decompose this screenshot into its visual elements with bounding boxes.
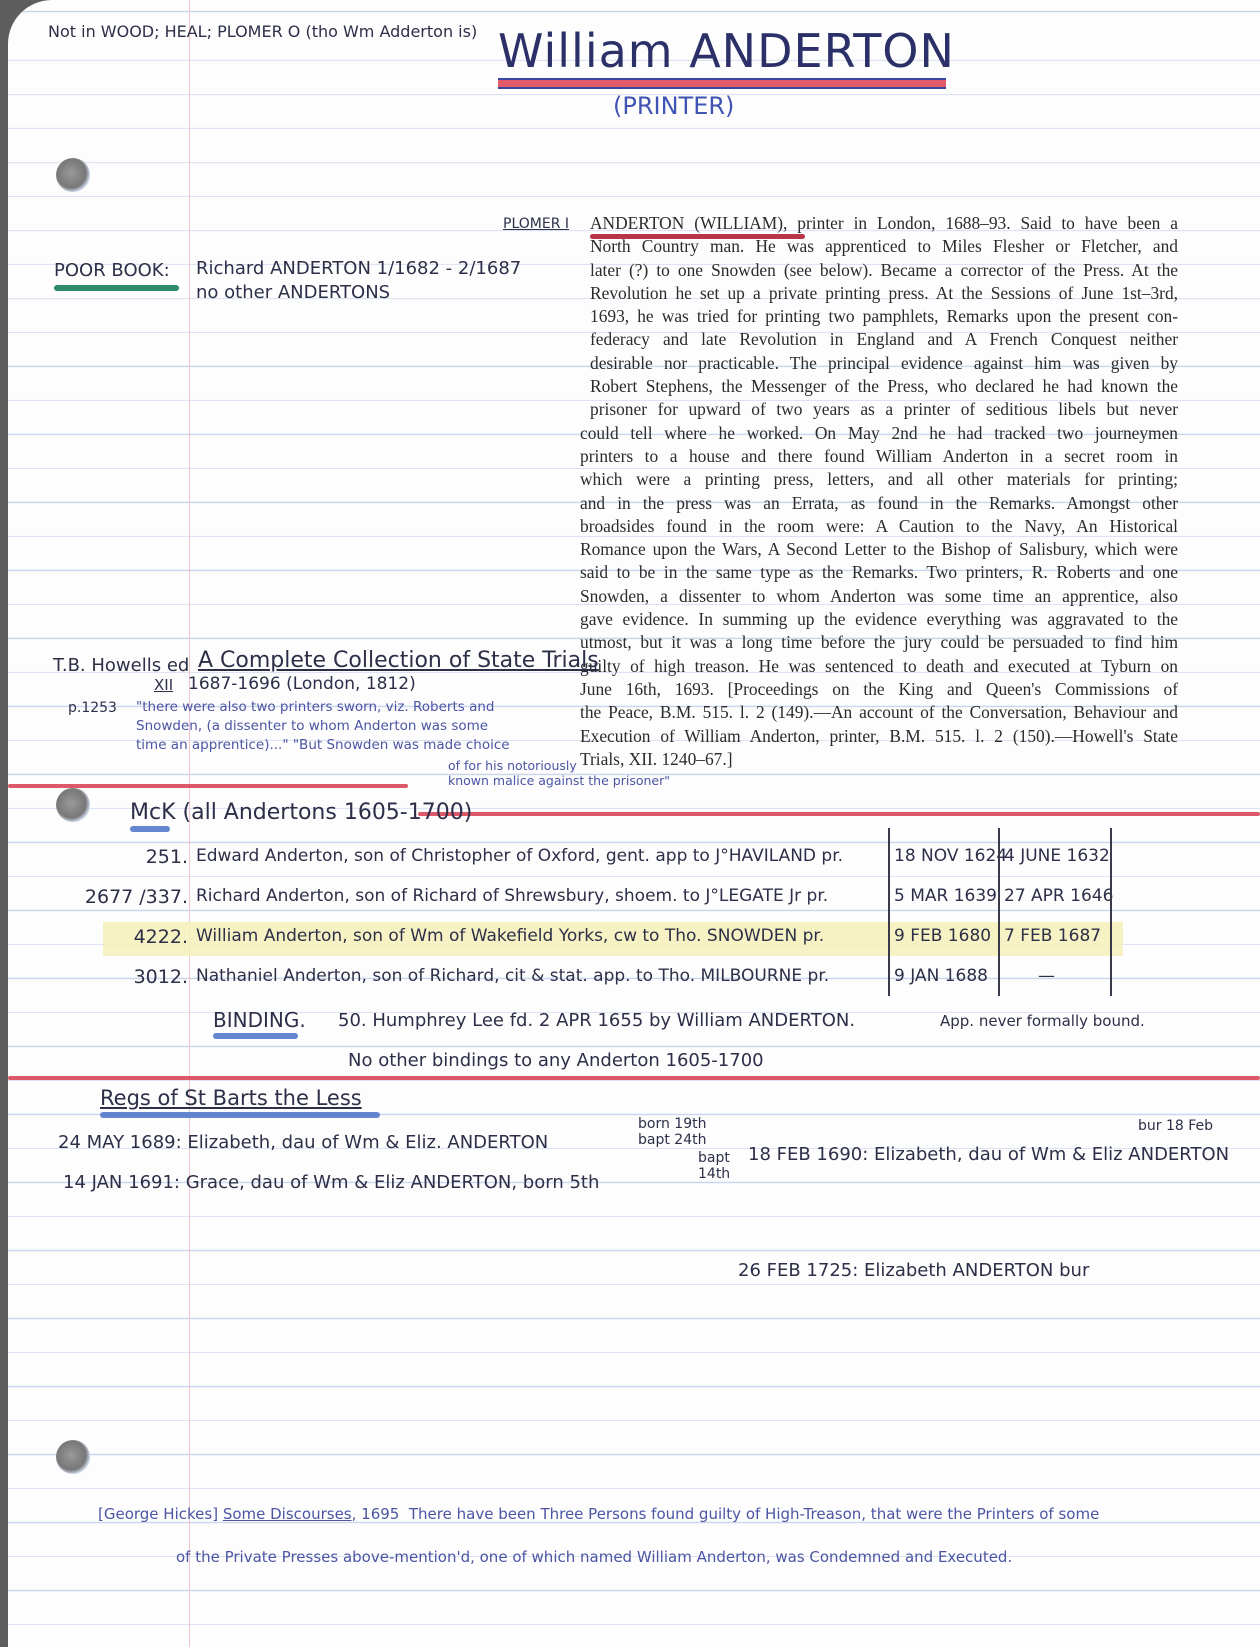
binder-hole [56,158,90,192]
plomer-line: June 16th, 1693. [Proceedings on the Kin… [580,678,1178,701]
plomer-source-text: PLOMER I [503,216,569,232]
entry-date-freed: 4 JUNE 1632 [1004,846,1110,866]
entry-date-bound: 5 MAR 1639 [894,886,997,906]
plomer-line: Revolution he set up a private printing … [590,282,1178,305]
entry-date-freed: 7 FEB 1687 [1004,926,1101,946]
entry-number: 4222. [68,926,188,948]
poor-book-line1: Richard ANDERTON 1/1682 - 2/1687 [196,258,521,279]
plomer-entry: ANDERTON (WILLIAM), printer in London, 1… [590,212,1178,771]
register-note-block: born 19thbapt 24th [638,1116,706,1148]
plomer-line: Robert Stephens, the Messenger of the Pr… [590,375,1178,398]
howell-quote-line: Snowden, (a dissenter to whom Anderton w… [136,717,510,736]
howell-quote: "there were also two printers sworn, viz… [136,698,510,755]
howell-quote-line: of for his notoriously [448,758,670,773]
plomer-line: could tell where he worked. On May 2nd h… [580,422,1178,445]
howell-editor: T.B. Howells ed [53,655,189,676]
register-note-block: bapt14th [698,1150,730,1182]
plomer-line: gave evidence. In summing up the evidenc… [580,608,1178,631]
entry-number: 2677 /337. [68,886,188,908]
howell-volume: XII [154,676,173,694]
entry-date-bound: 9 FEB 1680 [894,926,991,946]
green-highlight [54,285,179,291]
binding-note: App. never formally bound. [940,1012,1145,1030]
plomer-line: and in the press was an Errata, as found… [580,492,1178,515]
entry-number: 3012. [68,966,188,988]
howell-quote-continuation: of for his notoriouslyknown malice again… [448,758,670,788]
register-note: bapt [698,1150,730,1166]
section-divider [8,1076,1260,1080]
notebook-page: Not in WOOD; HEAL; PLOMER O (tho Wm Adde… [8,0,1260,1647]
page-title: William ANDERTON [498,24,955,78]
plomer-line: guilty of high treason. He was sentenced… [580,655,1178,678]
entry-text: Edward Anderton, son of Christopher of O… [196,846,843,866]
register-note: bur 18 Feb [1138,1118,1213,1134]
entry-date-freed: — [1038,966,1055,986]
mck-heading: McK (all Andertons 1605-1700) [130,800,472,825]
howell-volume-detail: 1687-1696 (London, 1812) [188,674,416,694]
plomer-line: 1693, he was tried for printing two pamp… [590,305,1178,328]
entry-text: Nathaniel Anderton, son of Richard, cit … [196,966,829,986]
plomer-line: Snowden, a dissenter to whom Anderton wa… [580,585,1178,608]
poor-book-line2: no other ANDERTONS [196,282,390,303]
hickes-work: Some Discourses [223,1505,352,1523]
plomer-line: which were a printing press, letters, an… [580,468,1178,491]
howell-work: A Complete Collection of State Trials [198,648,599,673]
plomer-line: Romance upon the Wars, A Second Letter t… [580,538,1178,561]
plomer-headword: ANDERTON (WILLIAM) [590,213,783,233]
hickes-line: [George Hickes] Some Discourses, 1695 Th… [98,1505,1099,1523]
register-note: born 19th [638,1116,706,1132]
table-column-rule [1110,828,1112,996]
plomer-line: the Peace, B.M. 515. l. 2 (149).—An acco… [580,701,1178,724]
entry-date-bound: 9 JAN 1688 [894,966,988,986]
red-highlight [590,234,805,239]
mck-label: McK [130,800,176,825]
plomer-line: broadsides found in the room were: A Cau… [580,515,1178,538]
blue-highlight [100,1112,380,1118]
entry-text: Richard Anderton, son of Richard of Shre… [196,886,828,906]
section-divider [418,812,1260,816]
section-divider [8,784,408,788]
title-underline [498,78,946,89]
table-column-rule [888,828,890,996]
plomer-line: ANDERTON (WILLIAM), printer in London, 1… [590,212,1178,235]
hickes-author: [George Hickes] [98,1505,218,1523]
plomer-line: utmost, but it was a long time before th… [580,631,1178,654]
blue-highlight [130,826,170,832]
hickes-year: , 1695 [352,1505,400,1523]
regs-heading: Regs of St Barts the Less [100,1086,362,1110]
plomer-line: Execution of William Anderton, printer, … [580,725,1178,748]
register-entry: 26 FEB 1725: Elizabeth ANDERTON bur [738,1260,1089,1281]
not-in-note: Not in WOOD; HEAL; PLOMER O (tho Wm Adde… [48,22,477,41]
hickes-quote-line2: of the Private Presses above-mention'd, … [176,1548,1012,1566]
plomer-source-label: PLOMER I [503,216,569,232]
entry-text: William Anderton, son of Wm of Wakefield… [196,926,824,946]
no-other-bindings: No other bindings to any Anderton 1605-1… [348,1050,764,1071]
register-entry: 14 JAN 1691: Grace, dau of Wm & Eliz AND… [63,1172,599,1193]
mck-heading-rest: (all Andertons 1605-1700) [183,800,473,825]
plomer-line: said to be in the same type as the Remar… [580,561,1178,584]
hickes-quote-line1: There have been Three Persons found guil… [409,1505,1099,1523]
howell-quote-line: known malice against the prisoner" [448,773,670,788]
plomer-line: prisoner for upward of two years as a pr… [590,398,1178,421]
register-note-block: bur 18 Feb [1138,1118,1213,1134]
plomer-line: printers to a house and there found Will… [580,445,1178,468]
binding-text: 50. Humphrey Lee fd. 2 APR 1655 by Willi… [338,1010,855,1031]
binding-label: BINDING. [213,1008,306,1032]
register-note: 14th [698,1166,730,1182]
binder-hole [56,1440,90,1474]
binder-hole [56,788,90,822]
blue-highlight [213,1033,298,1039]
register-entry: 24 MAY 1689: Elizabeth, dau of Wm & Eliz… [58,1132,548,1153]
howell-quote-line: time an apprentice)..." "But Snowden was… [136,736,510,755]
entry-date-bound: 18 NOV 1624 [894,846,1007,866]
register-entry: 18 FEB 1690: Elizabeth, dau of Wm & Eliz… [748,1144,1229,1165]
register-note: bapt 24th [638,1132,706,1148]
page-subtitle: (PRINTER) [613,92,734,120]
plomer-line: federacy and late Revolution in England … [590,328,1178,351]
plomer-line: desirable nor practicable. The principal… [590,352,1178,375]
entry-date-freed: 27 APR 1646 [1004,886,1113,906]
plomer-line: later (?) to one Snowden (see below). Be… [590,259,1178,282]
poor-book-label: POOR BOOK: [54,260,170,281]
entry-number: 251. [68,846,188,868]
howell-quote-line: "there were also two printers sworn, viz… [136,698,510,717]
table-column-rule [998,828,1000,996]
howell-page: p.1253 [68,700,117,716]
